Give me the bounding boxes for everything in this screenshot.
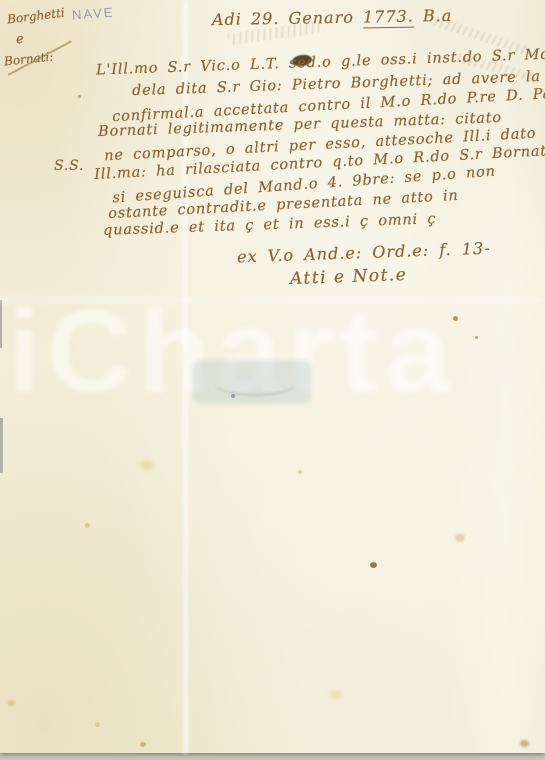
margin-initials: S.S. [54,158,84,174]
notary-signature: Atti e Not.e [290,265,408,289]
verso-bleedthrough-dot [231,394,235,398]
foxing-spot [8,700,15,706]
foxing-spot [520,740,529,747]
pencil-annotation: NAVE [72,5,115,23]
paper-edge [0,300,2,348]
foxing-spot [95,722,100,727]
foxing-spot [475,336,478,339]
date-suffix: B.a [414,6,453,26]
date-year: 1773. [363,7,414,29]
foxing-spot [140,742,146,747]
foxing-spot [455,534,465,542]
verso-bleedthrough-mark [215,372,295,396]
margin-note-and: e [15,32,24,48]
foxing-spot [330,690,342,699]
ink-speck [78,95,81,98]
paper-edge [0,418,3,473]
foxing-spot [298,470,302,474]
foxing-spot [140,460,154,470]
foxing-spot [453,316,458,321]
foxing-spot [370,562,377,568]
foxing-spot [85,523,90,528]
date-prefix: Adi 29. Genaro [212,7,363,29]
scanned-manuscript-page: iCharta NAVE Borghetti e Bornati: Adi 29… [0,0,545,760]
